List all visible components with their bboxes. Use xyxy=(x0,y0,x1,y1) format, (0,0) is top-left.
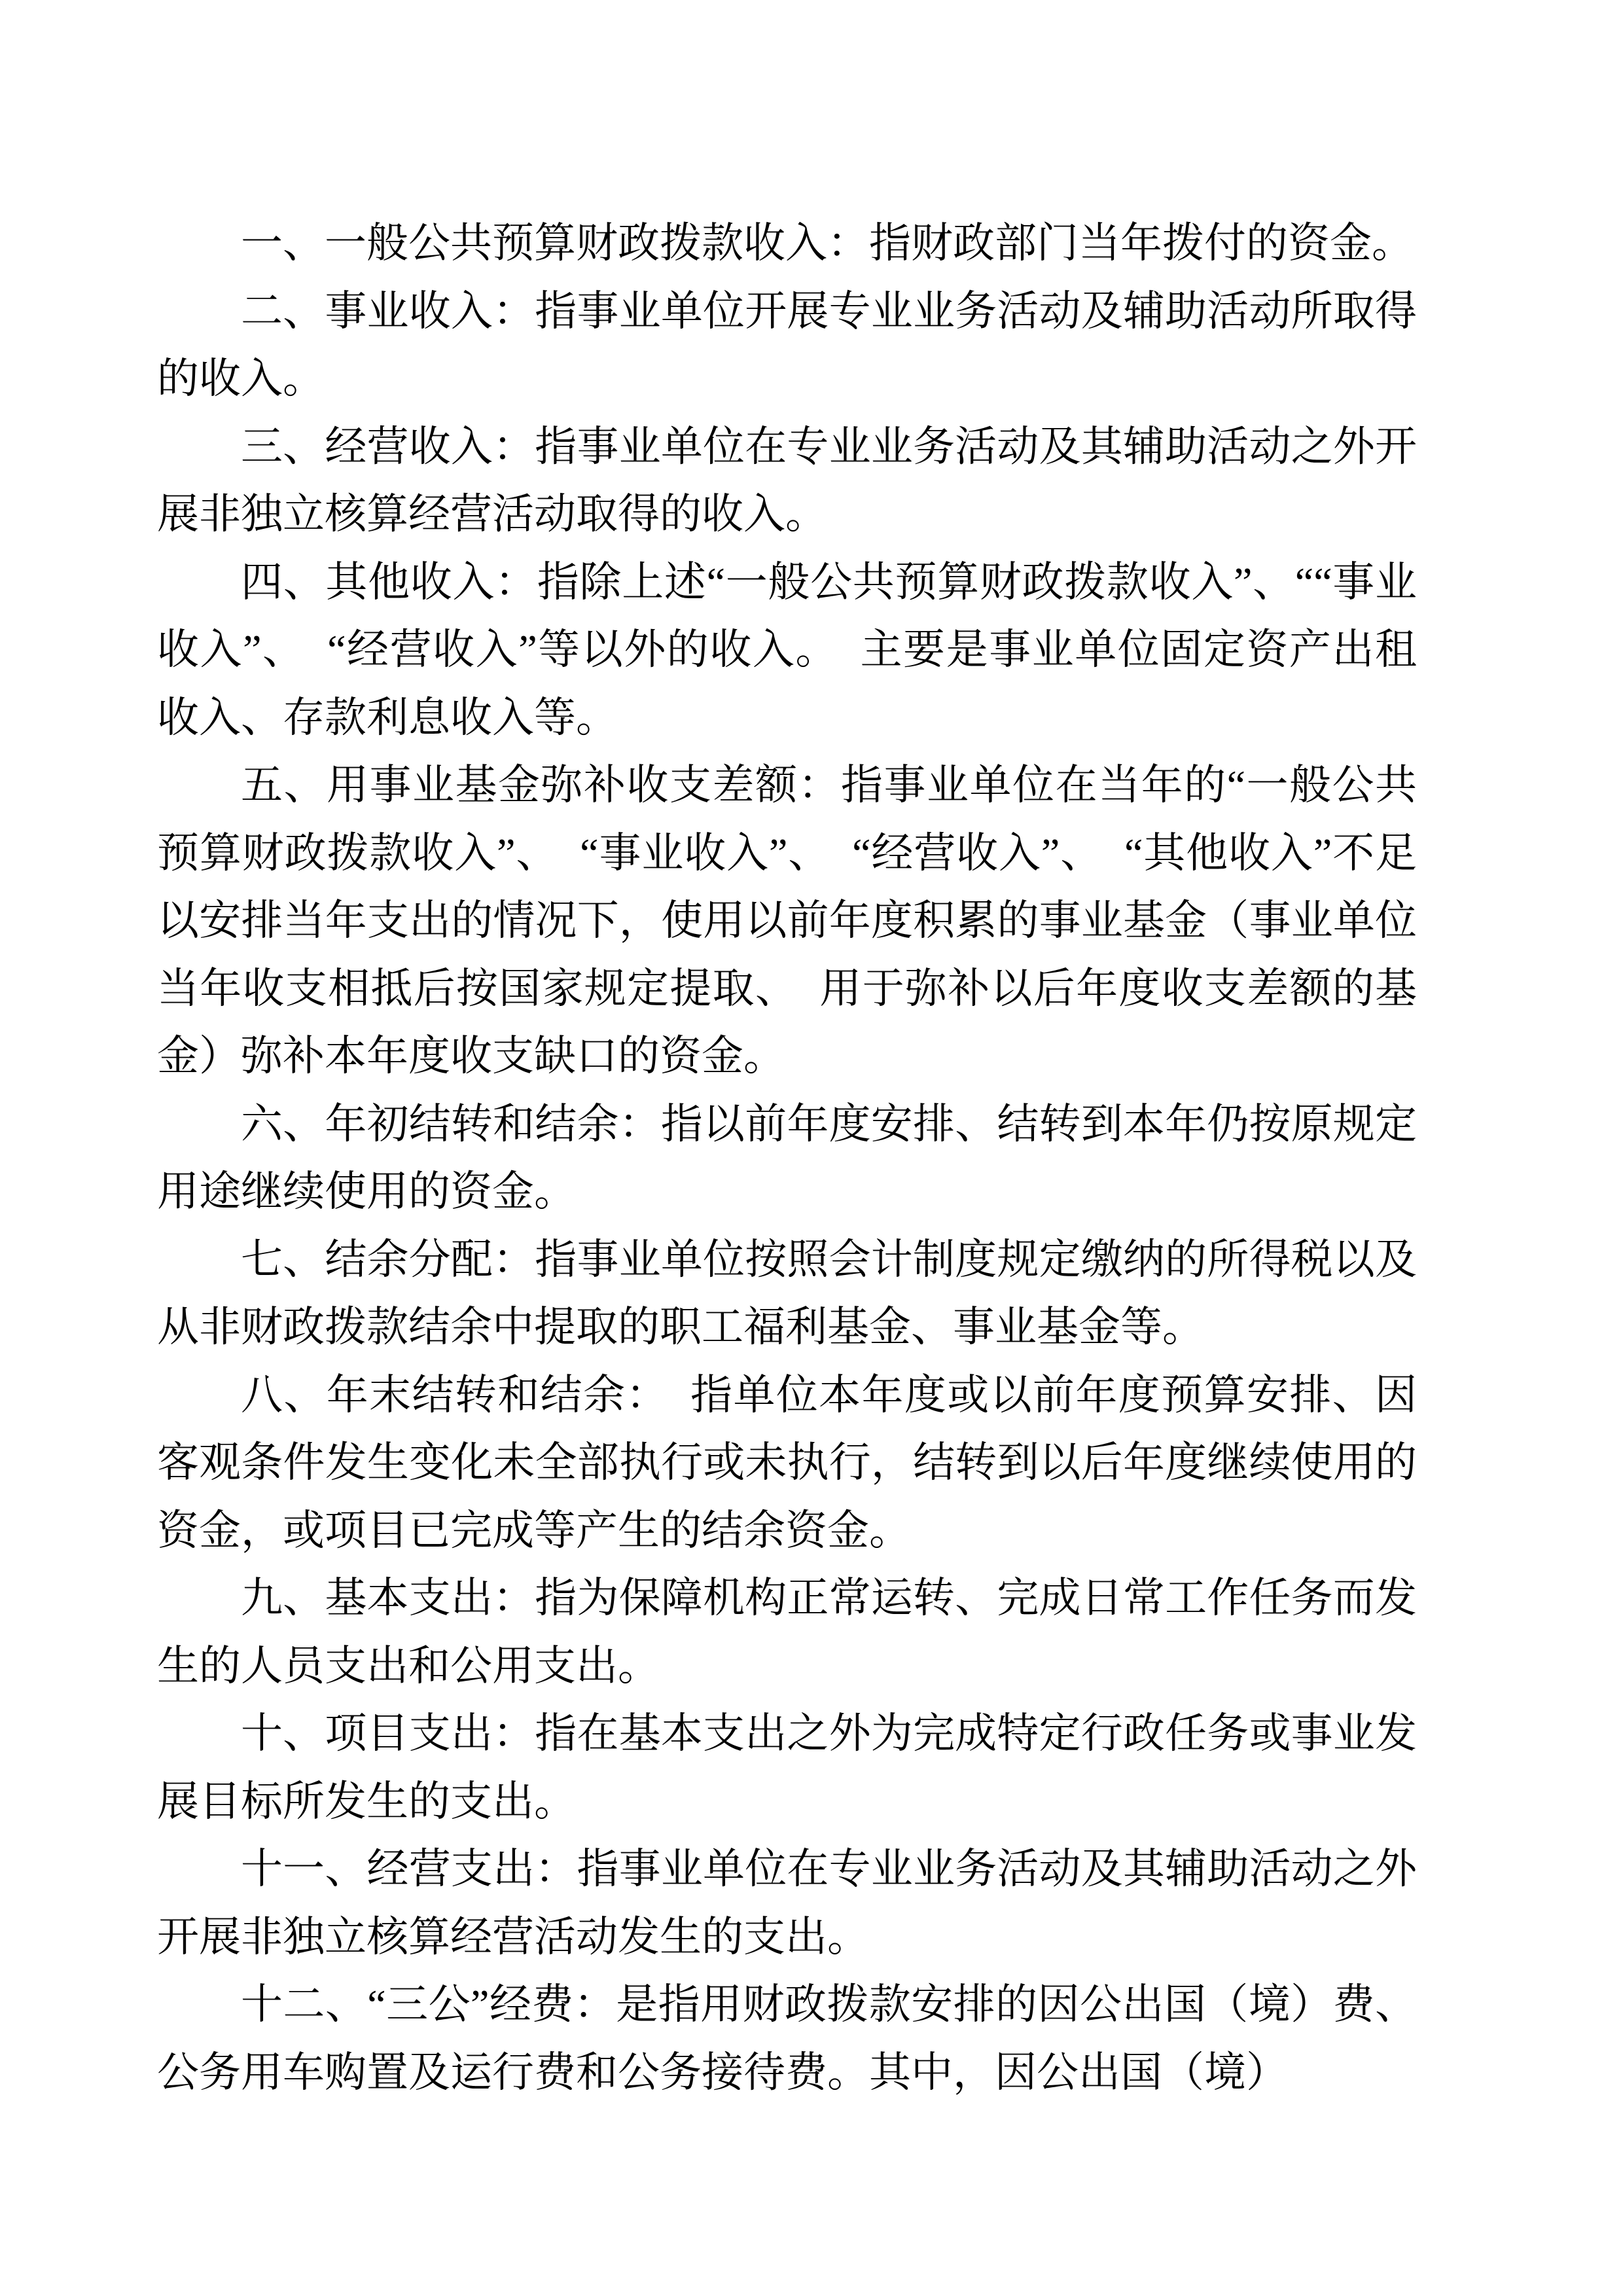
document-body: 一、一般公共预算财政拨款收入：指财政部门当年拨付的资金。 二、事业收入：指事业单… xyxy=(157,209,1417,2106)
document-page: 一、一般公共预算财政拨款收入：指财政部门当年拨付的资金。 二、事业收入：指事业单… xyxy=(0,0,1623,2296)
paragraph-item-10: 十、项目支出：指在基本支出之外为完成特定行政任务或事业发展目标所发生的支出。 xyxy=(157,1700,1417,1835)
paragraph-item-11: 十一、经营支出：指事业单位在专业业务活动及其辅助活动之外开展非独立核算经营活动发… xyxy=(157,1835,1417,1971)
paragraph-item-9: 九、基本支出：指为保障机构正常运转、完成日常工作任务而发生的人员支出和公用支出。 xyxy=(157,1564,1417,1700)
paragraph-item-7: 七、结余分配：指事业单位按照会计制度规定缴纳的所得税以及从非财政拨款结余中提取的… xyxy=(157,1226,1417,1361)
paragraph-item-5: 五、用事业基金弥补收支差额：指事业单位在当年的“一般公共预算财政拨款收入”、 “… xyxy=(157,751,1417,1090)
paragraph-item-3: 三、经营收入：指事业单位在专业业务活动及其辅助活动之外开展非独立核算经营活动取得… xyxy=(157,413,1417,548)
paragraph-item-4: 四、其他收入：指除上述“一般公共预算财政拨款收入”、““事业收入”、 “经营收入… xyxy=(157,548,1417,752)
paragraph-item-12: 十二、“三公”经费：是指用财政拨款安排的因公出国（境）费、公务用车购置及运行费和… xyxy=(157,1971,1417,2106)
paragraph-item-8: 八、年末结转和结余： 指单位本年度或以前年度预算安排、因客观条件发生变化未全部执… xyxy=(157,1361,1417,1565)
paragraph-item-1: 一、一般公共预算财政拨款收入：指财政部门当年拨付的资金。 xyxy=(157,209,1417,278)
paragraph-item-6: 六、年初结转和结余：指以前年度安排、结转到本年仍按原规定用途继续使用的资金。 xyxy=(157,1090,1417,1226)
paragraph-item-2: 二、事业收入：指事业单位开展专业业务活动及辅助活动所取得的收入。 xyxy=(157,278,1417,413)
